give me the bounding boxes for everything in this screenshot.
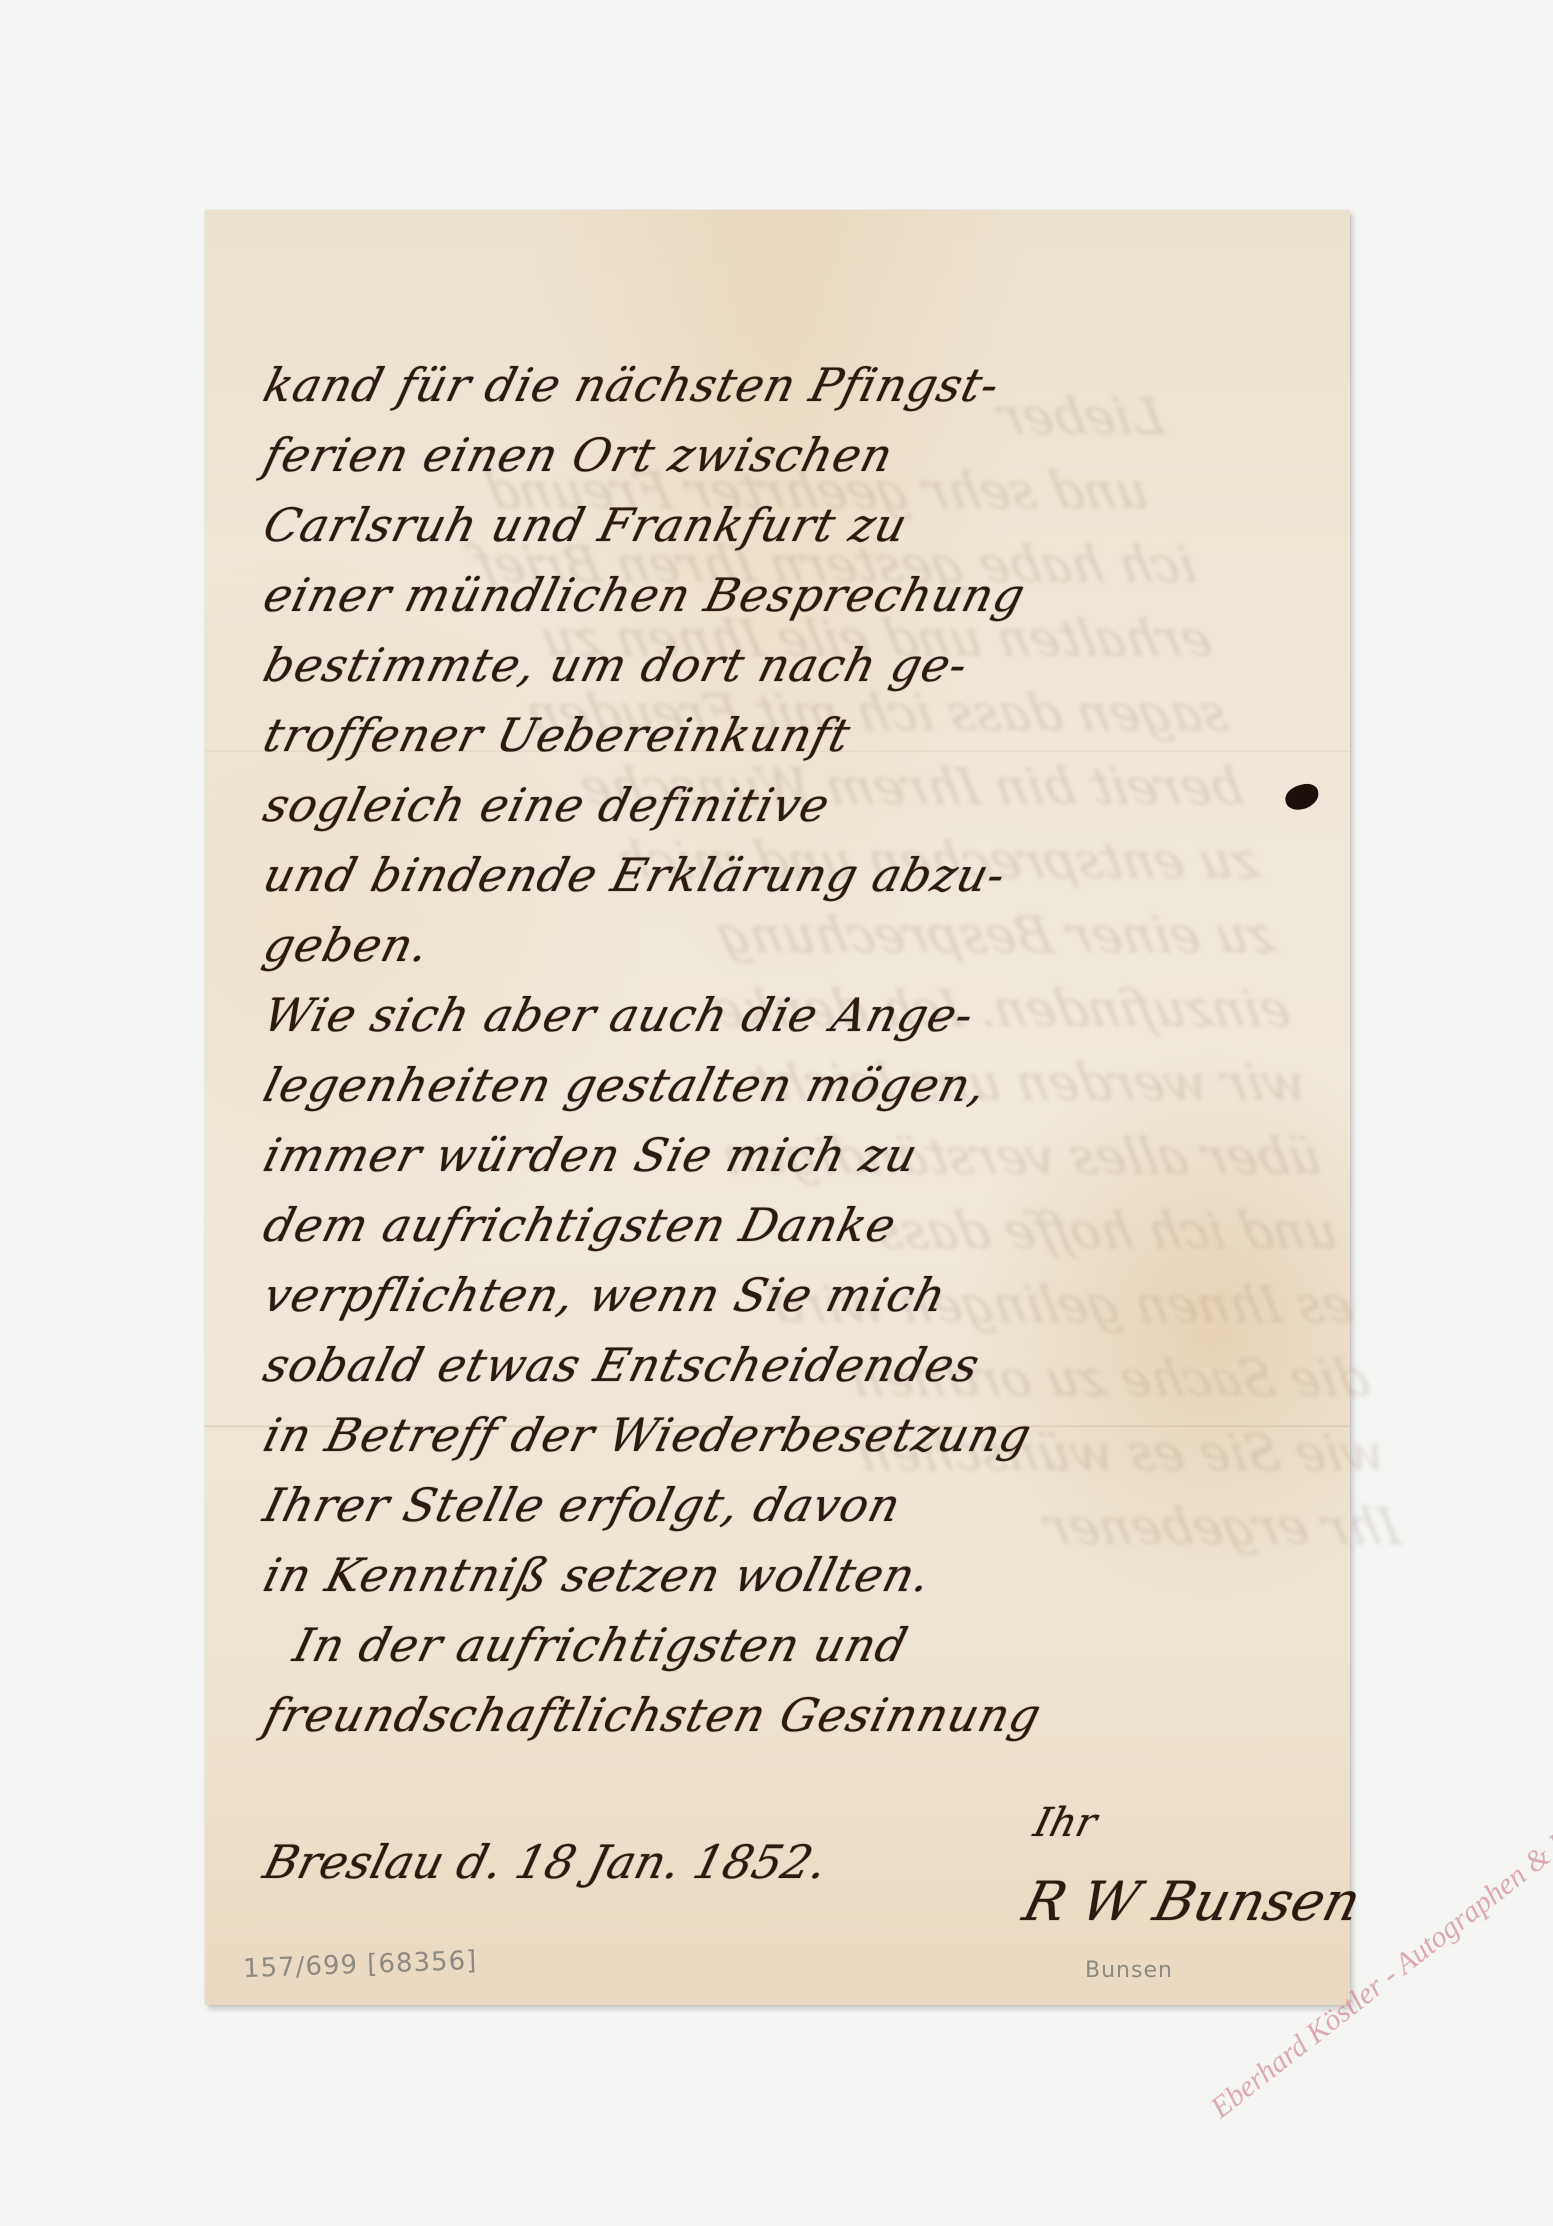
letter-line: In der aufrichtigsten und bbox=[256, 1610, 1333, 1680]
letter-line: dem aufrichtigsten Danke bbox=[256, 1190, 1333, 1260]
letter-body: kand für die nächsten Pfingst- ferien ei… bbox=[265, 350, 1325, 1750]
letter-line: legenheiten gestalten mögen, bbox=[256, 1050, 1333, 1120]
attribution-note: Bunsen bbox=[1085, 1958, 1173, 1983]
letter-line: einer mündlichen Besprechung bbox=[256, 560, 1333, 630]
letter-line: freundschaftlichsten Gesinnung bbox=[256, 1680, 1333, 1750]
letter-line: sogleich eine definitive bbox=[256, 770, 1333, 840]
letter-line: ferien einen Ort zwischen bbox=[256, 420, 1333, 490]
letter-line: Wie sich aber auch die Ange- bbox=[256, 980, 1333, 1050]
letter-line: immer würden Sie mich zu bbox=[256, 1120, 1333, 1190]
letter-line: Carlsruh und Frankfurt zu bbox=[256, 490, 1333, 560]
letter-line: kand für die nächsten Pfingst- bbox=[256, 350, 1333, 420]
place-date: Breslau d. 18 Jan. 1852. bbox=[258, 1835, 833, 1889]
letter-line: Ihrer Stelle erfolgt, davon bbox=[256, 1470, 1333, 1540]
letter-line: in Betreff der Wiederbesetzung bbox=[256, 1400, 1333, 1470]
letter-line: und bindende Erklärung abzu- bbox=[256, 840, 1333, 910]
letter-line: geben. bbox=[256, 910, 1333, 980]
letter-line: bestimmte, um dort nach ge- bbox=[256, 630, 1333, 700]
letter-paper: Lieber und sehr geehrter Freund ich habe… bbox=[205, 210, 1350, 2005]
letter-line: troffener Uebereinkunft bbox=[256, 700, 1333, 770]
letter-closing: Ihr Breslau d. 18 Jan. 1852. R W Bunsen bbox=[265, 1815, 1345, 1955]
complimentary-close: Ihr bbox=[1029, 1800, 1101, 1846]
letter-line: verpflichten, wenn Sie mich bbox=[256, 1260, 1333, 1330]
signature: R W Bunsen bbox=[1017, 1870, 1367, 1933]
letter-line: in Kenntniß setzen wollten. bbox=[256, 1540, 1333, 1610]
letter-line: sobald etwas Entscheidendes bbox=[256, 1330, 1333, 1400]
